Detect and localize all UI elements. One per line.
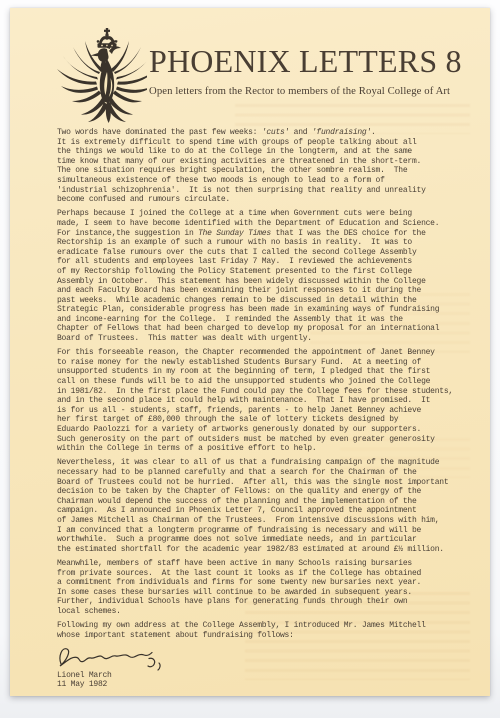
page-title: PHOENIX LETTERS 8 <box>149 44 479 78</box>
masthead: PHOENIX LETTERS 8 Open letters from the … <box>149 44 479 97</box>
phoenix-crown-icon <box>55 28 147 125</box>
letter-body: Two words have dominated the past few we… <box>57 128 477 690</box>
letter-paper: PHOENIX LETTERS 8 Open letters from the … <box>10 8 490 696</box>
page-subtitle: Open letters from the Rector to members … <box>149 85 479 97</box>
paragraph-2: Perhaps because I joined the College at … <box>57 209 477 343</box>
paragraph-3: For this forseeable reason, the Chapter … <box>57 348 477 454</box>
paragraph-4: Nevertheless, it was clear to all of us … <box>57 458 477 554</box>
signature-date: 11 May 1982 <box>57 680 477 690</box>
paragraph-5: Meanwhile, members of staff have been ac… <box>57 559 477 617</box>
paragraph-6: Following my own address at the College … <box>57 621 477 640</box>
signature-name: Lionel March <box>57 671 477 681</box>
rca-emblem <box>55 28 147 125</box>
signature-block: Lionel March 11 May 1982 <box>57 645 477 690</box>
paragraph-1: Two words have dominated the past few we… <box>57 128 477 205</box>
signature-script <box>55 645 165 671</box>
scan-background: PHOENIX LETTERS 8 Open letters from the … <box>0 0 500 718</box>
